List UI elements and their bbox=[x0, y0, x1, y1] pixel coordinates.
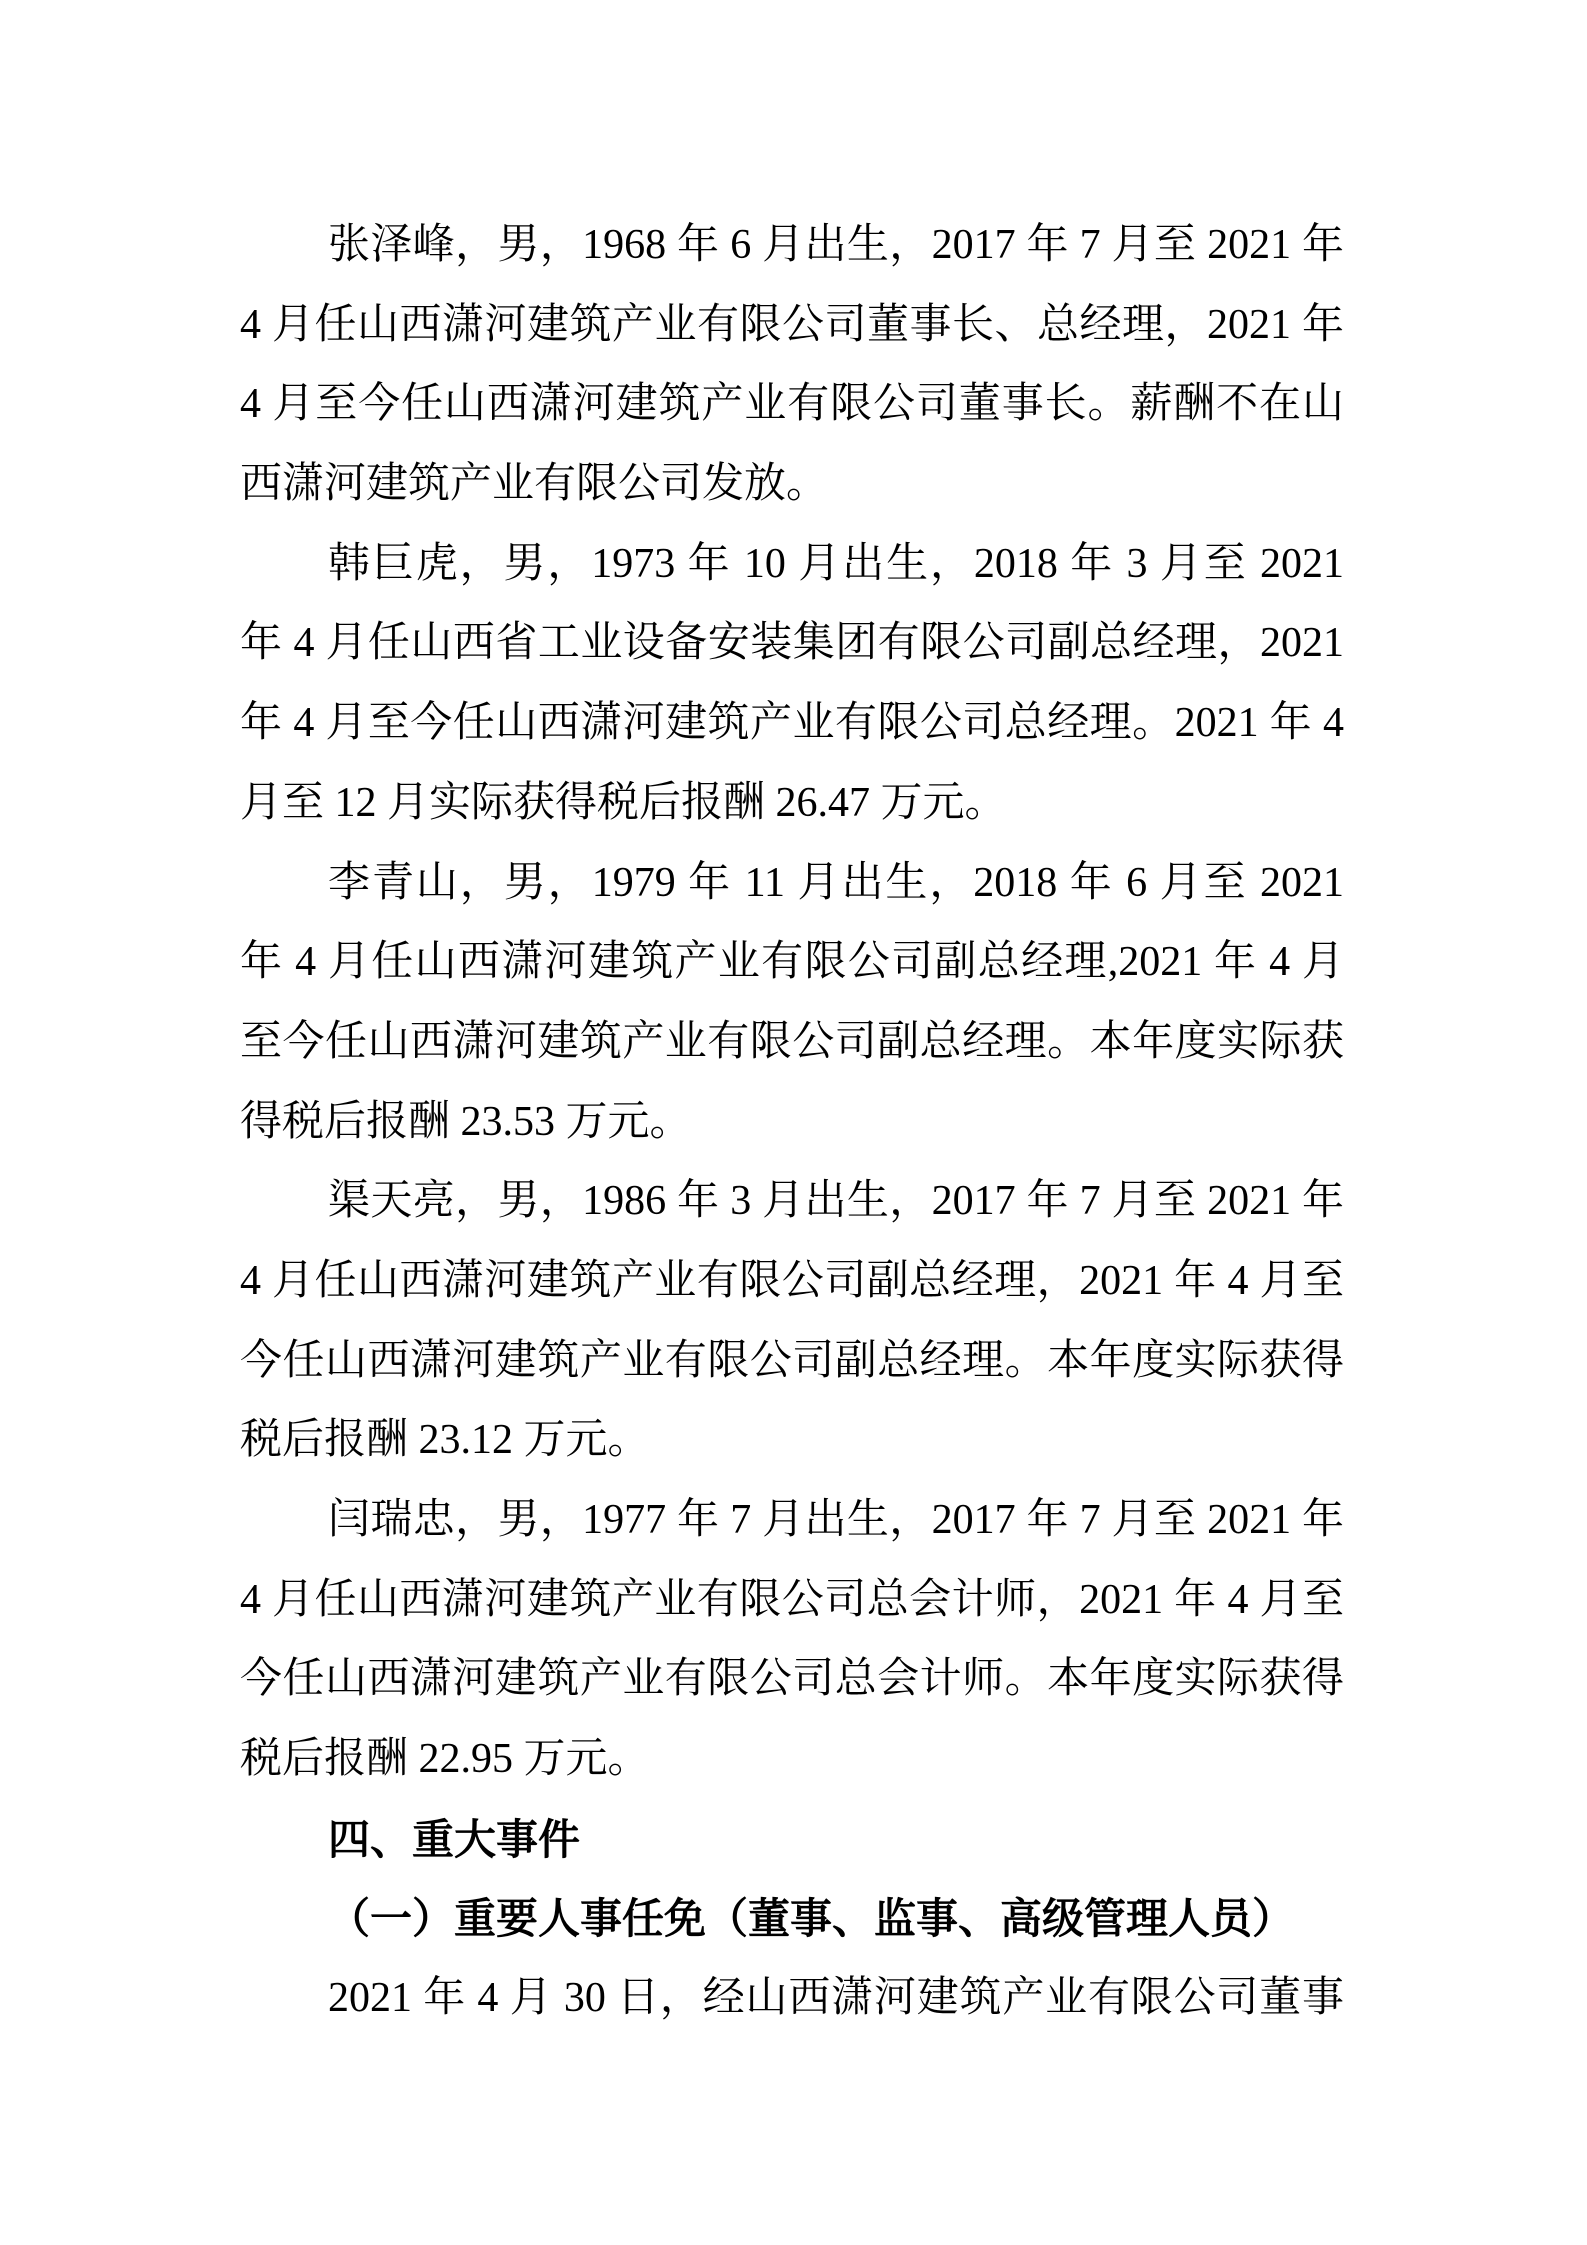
doc-line: 得税后报酬 23.53 万元。 bbox=[240, 1083, 1344, 1163]
doc-line: 年 4 月任山西潇河建筑产业有限公司副总经理,2021 年 4 月 bbox=[240, 923, 1344, 1003]
heading-line: （一）重要人事任免（董事、监事、高级管理人员） bbox=[240, 1879, 1344, 1959]
doc-line: 韩巨虎，男，1973 年 10 月出生，2018 年 3 月至 2021 bbox=[240, 525, 1344, 605]
doc-line: 西潇河建筑产业有限公司发放。 bbox=[240, 445, 1344, 525]
paragraph-bio-qu-tianliang: 渠天亮，男，1986 年 3 月出生，2017 年 7 月至 2021 年 4 … bbox=[240, 1162, 1344, 1481]
doc-line: 4 月任山西潇河建筑产业有限公司总会计师，2021 年 4 月至 bbox=[240, 1561, 1344, 1641]
doc-line: 年 4 月任山西省工业设备安装集团有限公司副总经理，2021 bbox=[240, 604, 1344, 684]
doc-line: 月至 12 月实际获得税后报酬 26.47 万元。 bbox=[240, 764, 1344, 844]
doc-line: 4 月任山西潇河建筑产业有限公司副总经理，2021 年 4 月至 bbox=[240, 1242, 1344, 1322]
doc-line: 张泽峰，男，1968 年 6 月出生，2017 年 7 月至 2021 年 bbox=[240, 206, 1344, 286]
document-page: 张泽峰，男，1968 年 6 月出生，2017 年 7 月至 2021 年 4 … bbox=[0, 0, 1587, 2245]
doc-line: 4 月至今任山西潇河建筑产业有限公司董事长。薪酬不在山 bbox=[240, 365, 1344, 445]
heading-line: 四、重大事件 bbox=[240, 1800, 1344, 1880]
doc-line: 税后报酬 23.12 万元。 bbox=[240, 1401, 1344, 1481]
doc-line: 4 月任山西潇河建筑产业有限公司董事长、总经理，2021 年 bbox=[240, 286, 1344, 366]
doc-line: 闫瑞忠，男，1977 年 7 月出生，2017 年 7 月至 2021 年 bbox=[240, 1481, 1344, 1561]
paragraph-board-meeting: 2021 年 4 月 30 日，经山西潇河建筑产业有限公司董事 bbox=[240, 1959, 1344, 2039]
subsection-heading-personnel-appointments: （一）重要人事任免（董事、监事、高级管理人员） bbox=[240, 1879, 1344, 1959]
doc-line: 年 4 月至今任山西潇河建筑产业有限公司总经理。2021 年 4 bbox=[240, 684, 1344, 764]
paragraph-bio-zhang-zefeng: 张泽峰，男，1968 年 6 月出生，2017 年 7 月至 2021 年 4 … bbox=[240, 206, 1344, 525]
paragraph-bio-yan-ruizhong: 闫瑞忠，男，1977 年 7 月出生，2017 年 7 月至 2021 年 4 … bbox=[240, 1481, 1344, 1800]
doc-line: 税后报酬 22.95 万元。 bbox=[240, 1720, 1344, 1800]
paragraph-bio-han-juhu: 韩巨虎，男，1973 年 10 月出生，2018 年 3 月至 2021 年 4… bbox=[240, 525, 1344, 844]
doc-line: 今任山西潇河建筑产业有限公司副总经理。本年度实际获得 bbox=[240, 1322, 1344, 1402]
doc-line: 渠天亮，男，1986 年 3 月出生，2017 年 7 月至 2021 年 bbox=[240, 1162, 1344, 1242]
text-block: 张泽峰，男，1968 年 6 月出生，2017 年 7 月至 2021 年 4 … bbox=[240, 206, 1344, 2039]
doc-line: 李青山，男，1979 年 11 月出生，2018 年 6 月至 2021 bbox=[240, 844, 1344, 924]
doc-line: 今任山西潇河建筑产业有限公司总会计师。本年度实际获得 bbox=[240, 1640, 1344, 1720]
paragraph-bio-li-qingshan: 李青山，男，1979 年 11 月出生，2018 年 6 月至 2021 年 4… bbox=[240, 844, 1344, 1163]
section-heading-major-events: 四、重大事件 bbox=[240, 1800, 1344, 1880]
doc-line: 至今任山西潇河建筑产业有限公司副总经理。本年度实际获 bbox=[240, 1003, 1344, 1083]
doc-line: 2021 年 4 月 30 日，经山西潇河建筑产业有限公司董事 bbox=[240, 1959, 1344, 2039]
